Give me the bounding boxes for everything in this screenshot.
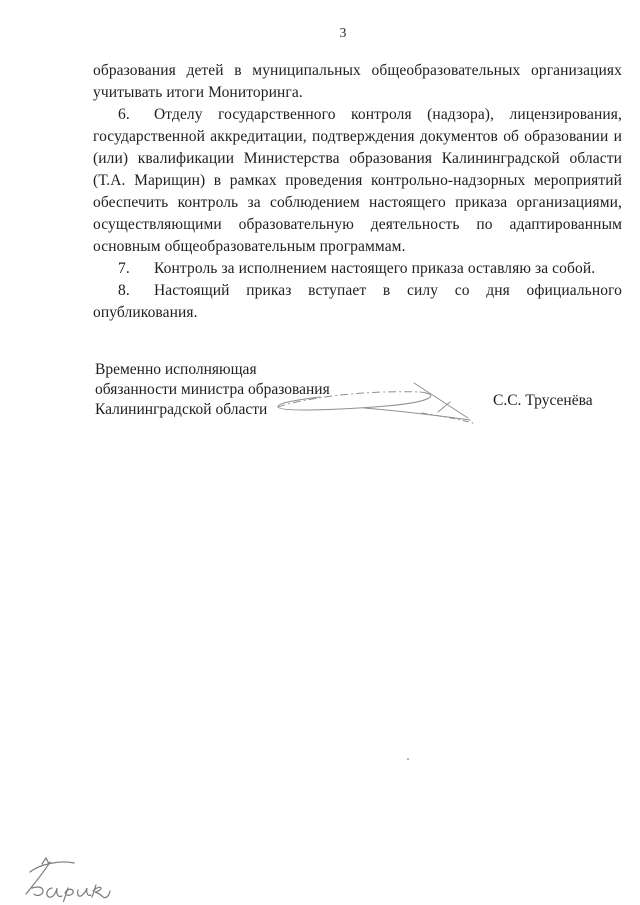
text-line: 8.Настоящий приказ вступает в силу со дн… xyxy=(93,280,622,302)
official-signature-scribble-icon xyxy=(274,382,476,426)
text-line: 7.Контроль за исполнением настоящего при… xyxy=(93,258,622,280)
line-text: Отделу государственного контроля (надзор… xyxy=(154,106,622,123)
document-body: образования детей в муниципальных общеоб… xyxy=(93,60,622,324)
list-item-number: 8. xyxy=(93,280,154,302)
line-text: основным общеобразовательным программам. xyxy=(93,238,406,255)
line-text: (или) квалификации Министерства образова… xyxy=(93,150,622,167)
signatory-title-line: Временно исполняющая xyxy=(95,360,395,380)
line-text: Настоящий приказ вступает в силу со дня … xyxy=(154,282,622,299)
line-text: (Т.А. Марищин) в рамках проведения контр… xyxy=(93,172,622,189)
handwritten-initials-icon xyxy=(16,850,116,902)
line-text: Контроль за исполнением настоящего прика… xyxy=(154,260,595,277)
list-item-number: 7. xyxy=(93,258,154,280)
text-line: (Т.А. Марищин) в рамках проведения контр… xyxy=(93,170,622,192)
text-line: опубликования. xyxy=(93,302,622,324)
line-text: опубликования. xyxy=(93,304,198,321)
text-line: учитывать итоги Мониторинга. xyxy=(93,82,622,104)
signatory-name: С.С. Трусенёва xyxy=(493,392,593,410)
scanned-document-page: 3 образования детей в муниципальных обще… xyxy=(0,0,640,905)
text-line: осуществляющими образовательную деятельн… xyxy=(93,214,622,236)
line-text: учитывать итоги Мониторинга. xyxy=(93,84,303,101)
list-item-number: 6. xyxy=(93,104,154,126)
text-line: образования детей в муниципальных общеоб… xyxy=(93,60,622,82)
text-line: (или) квалификации Министерства образова… xyxy=(93,148,622,170)
text-line: обеспечить контроль за соблюдением насто… xyxy=(93,192,622,214)
line-text: образования детей в муниципальных общеоб… xyxy=(93,62,622,79)
text-line: 6.Отделу государственного контроля (надз… xyxy=(93,104,622,126)
page-number: 3 xyxy=(0,25,640,41)
scan-artifact-dot xyxy=(407,758,409,760)
text-line: государственной аккредитации, подтвержде… xyxy=(93,126,622,148)
line-text: обеспечить контроль за соблюдением насто… xyxy=(93,194,622,211)
line-text: осуществляющими образовательную деятельн… xyxy=(93,216,622,233)
line-text: государственной аккредитации, подтвержде… xyxy=(93,128,622,145)
text-line: основным общеобразовательным программам. xyxy=(93,236,622,258)
